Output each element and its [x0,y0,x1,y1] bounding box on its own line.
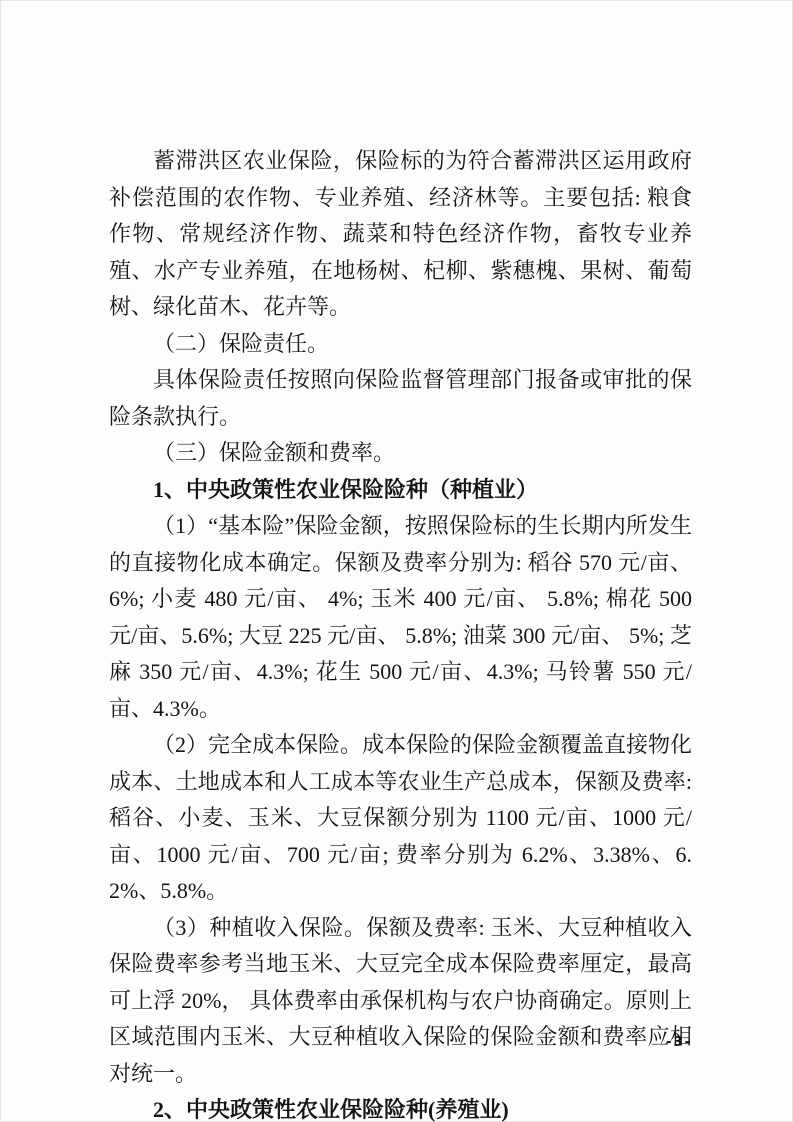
section-heading-insurance-liability: （二）保险责任。 [109,326,692,363]
paragraph-insurance-scope: 蓄滞洪区农业保险，保险标的为符合蓄滞洪区运用政府补偿范围的农作物、专业养殖、经济… [109,143,692,326]
subsection-heading-planting-insurance: 1、中央政策性农业保险险种（种植业） [109,472,692,509]
paragraph-planting-income-insurance: （3）种植收入保险。保额及费率: 玉米、大豆种植收入保险费率参考当地玉米、大豆完… [109,910,692,1093]
subsection-heading-breeding-insurance: 2、中央政策性农业保险险种(养殖业) [109,1092,692,1122]
paragraph-full-cost-insurance-rates: （2）完全成本保险。成本保险的保险金额覆盖直接物化成本、土地成本和人工成本等农业… [109,727,692,910]
paragraph-basic-insurance-rates: （1）“基本险”保险金额，按照保险标的生长期内所发生的直接物化成本确定。保额及费… [109,508,692,727]
scanned-document-page: 蓄滞洪区农业保险，保险标的为符合蓄滞洪区运用政府补偿范围的农作物、专业养殖、经济… [0,0,793,1122]
section-heading-amount-and-rate: （三）保险金额和费率。 [109,435,692,472]
document-body: 蓄滞洪区农业保险，保险标的为符合蓄滞洪区运用政府补偿范围的农作物、专业养殖、经济… [109,143,692,1122]
page-number: -3- [666,1035,692,1050]
paragraph-liability-terms: 具体保险责任按照向保险监督管理部门报备或审批的保险条款执行。 [109,362,692,435]
